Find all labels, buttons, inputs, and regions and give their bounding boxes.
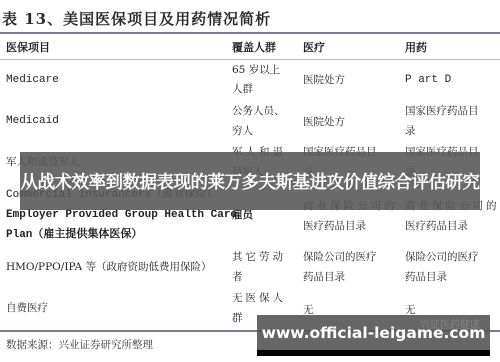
cell-drugs: 保险公司的医疗 [405,247,479,267]
cell-program: Medicaid [6,111,59,131]
headline-banner: 从战术效率到数据表现的莱万多夫斯基进攻价值综合评估研究 [20,152,480,210]
data-source-note: 数据来源：兴业证券研究所整理 [6,337,153,352]
url-link[interactable]: www.official-leigame.com [257,324,490,342]
cell-drugs: 医疗药品目录 [405,216,468,236]
cell-coverage: 者 [232,267,243,287]
cell-drugs: P art D [405,70,451,90]
header-coverage: 覆盖人群 [232,38,276,58]
cell-drugs: 药品目录 [405,267,447,287]
table-title: 表 13、美国医保项目及用药情况简析 [2,8,271,29]
cell-medical: 医院处方 [303,112,345,132]
cell-program: Medicare [6,70,59,90]
banner-strip [257,350,490,356]
cell-coverage: 65 岁以上 [232,60,280,80]
cell-coverage: 人群 [232,79,253,99]
cell-medical: 医疗药品目录 [303,216,366,236]
table-top-rule [0,32,500,34]
cell-coverage: 其它劳动 [232,247,286,267]
cell-drugs: 录 [405,121,416,141]
cell-medical: 医院处方 [303,70,345,90]
cell-drugs: 国家医疗药品目 [405,101,479,121]
cell-coverage: 公务人员、 [232,101,285,121]
headline-text: 从战术效率到数据表现的莱万多夫斯基进攻价值综合评估研究 [21,169,480,194]
cell-coverage: 穷人 [232,121,253,141]
cell-program: 自费医疗 [6,298,48,318]
header-drugs: 用药 [405,38,427,58]
header-program: 医保项目 [6,38,50,58]
cell-medical: 药品目录 [303,267,345,287]
url-banner[interactable]: 兴证医药健康 www.official-leigame.com [257,315,490,356]
cell-program: HMO/PPO/IPA 等（政府资助低费用保险） [6,257,212,277]
cell-program: Plan（雇主提供集体医保） [6,225,142,245]
cell-coverage: 群 [232,308,243,328]
cell-medical: 保险公司的医疗 [303,247,377,267]
cell-coverage: 无医保人 [232,288,286,308]
header-medical: 医疗 [303,38,325,58]
